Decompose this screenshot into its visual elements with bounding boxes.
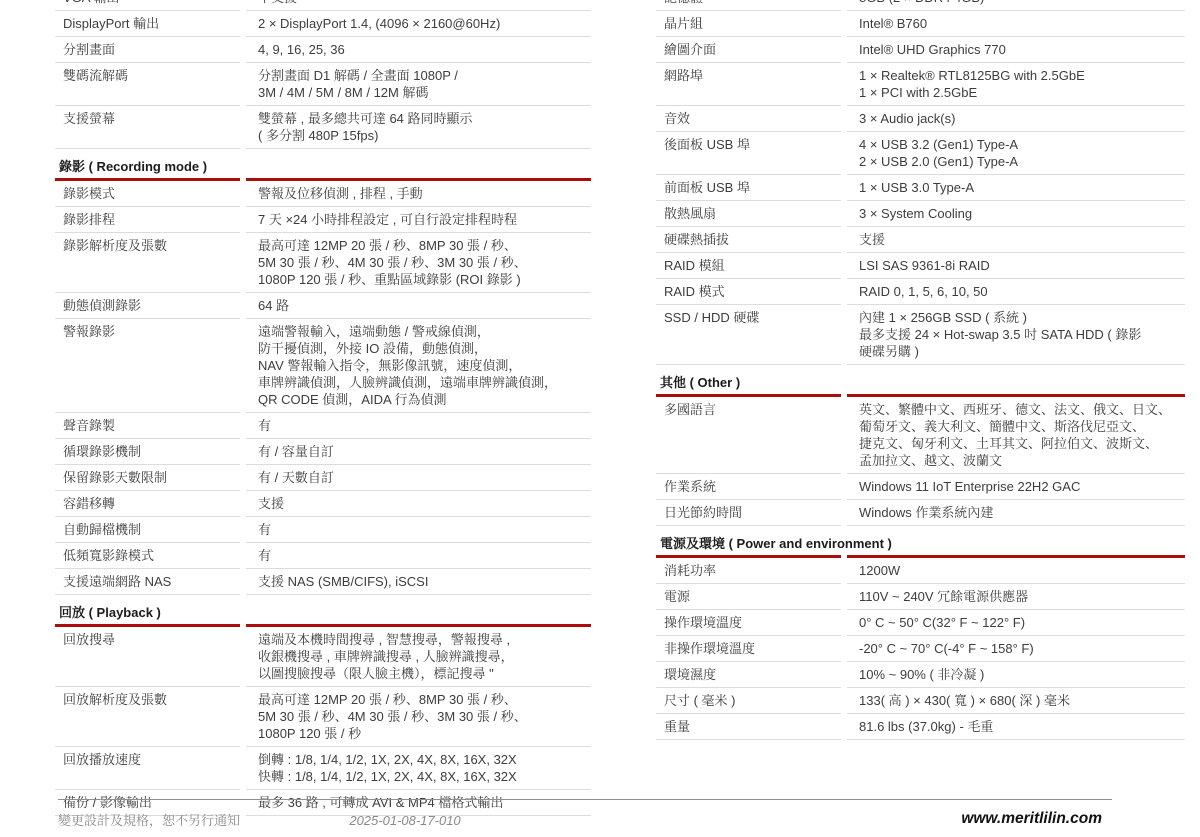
spec-value: 內建 1 × 256GB SSD ( 系統 ) 最多支援 24 × Hot-sw…	[847, 305, 1185, 365]
spec-row: SSD / HDD 硬碟內建 1 × 256GB SSD ( 系統 ) 最多支援…	[656, 305, 1185, 365]
spec-row: RAID 模組LSI SAS 9361-8i RAID	[656, 253, 1185, 279]
spec-value: 有 / 容量自訂	[246, 439, 591, 465]
spec-label: 動態偵測錄影	[55, 293, 240, 319]
spec-label: 後面板 USB 埠	[656, 132, 841, 175]
section-header-label: 其他 ( Other )	[656, 365, 841, 397]
spec-row: 循環錄影機制有 / 容量自訂	[55, 439, 591, 465]
spec-row: 聲音錄製有	[55, 413, 591, 439]
spec-value: 支援	[246, 491, 591, 517]
spec-row: 回放解析度及張數最高可達 12MP 20 張 / 秒、8MP 30 張 / 秒、…	[55, 687, 591, 747]
spec-value: 1 × Realtek® RTL8125BG with 2.5GbE 1 × P…	[847, 63, 1185, 106]
spec-row: 操作環境溫度0° C ~ 50° C(32° F ~ 122° F)	[656, 610, 1185, 636]
spec-value: 有	[246, 543, 591, 569]
spec-row: 重量81.6 lbs (37.0kg) - 毛重	[656, 714, 1185, 740]
spec-row: 容錯移轉支援	[55, 491, 591, 517]
spec-row: 後面板 USB 埠4 × USB 3.2 (Gen1) Type-A 2 × U…	[656, 132, 1185, 175]
spec-row: 作業系統Windows 11 IoT Enterprise 22H2 GAC	[656, 474, 1185, 500]
section-header-row: 電源及環境 ( Power and environment )	[656, 526, 1185, 558]
spec-row: 晶片組Intel® B760	[656, 11, 1185, 37]
section-header-fill	[246, 149, 591, 181]
spec-table-left: VGA 輸出不支援DisplayPort 輸出2 × DisplayPort 1…	[55, 0, 591, 816]
spec-value: Intel® UHD Graphics 770	[847, 37, 1185, 63]
spec-value: 最高可達 12MP 20 張 / 秒、8MP 30 張 / 秒、 5M 30 張…	[246, 687, 591, 747]
spec-value: 133( 高 ) × 430( 寬 ) × 680( 深 ) 毫米	[847, 688, 1185, 714]
spec-label: 錄影解析度及張數	[55, 233, 240, 293]
spec-label: 網路埠	[656, 63, 841, 106]
spec-value: 英文、繁體中文、西班牙、德文、法文、俄文、日文、 葡萄牙文、義大利文、簡體中文、…	[847, 397, 1185, 474]
spec-row: 低頻寬影錄模式有	[55, 543, 591, 569]
spec-label: 回放播放速度	[55, 747, 240, 790]
spec-value: 10% ~ 90% ( 非冷凝 )	[847, 662, 1185, 688]
spec-value: Windows 11 IoT Enterprise 22H2 GAC	[847, 474, 1185, 500]
spec-value: 7 天 ×24 小時排程設定 , 可自行設定排程時程	[246, 207, 591, 233]
spec-value: 支援	[847, 227, 1185, 253]
spec-label: 作業系統	[656, 474, 841, 500]
section-header-fill	[847, 365, 1185, 397]
spec-label: 警報錄影	[55, 319, 240, 413]
footer-divider	[58, 799, 1112, 800]
spec-row: 支援螢幕雙螢幕 , 最多總共可達 64 路同時顯示 ( 多分割 480P 15f…	[55, 106, 591, 149]
spec-label: 低頻寬影錄模式	[55, 543, 240, 569]
spec-label: 容錯移轉	[55, 491, 240, 517]
spec-label: 錄影模式	[55, 181, 240, 207]
spec-row: VGA 輸出不支援	[55, 0, 591, 11]
section-header-label: 回放 ( Playback )	[55, 595, 240, 627]
spec-value: RAID 0, 1, 5, 6, 10, 50	[847, 279, 1185, 305]
spec-label: 回放搜尋	[55, 627, 240, 687]
spec-value: 支援 NAS (SMB/CIFS), iSCSI	[246, 569, 591, 595]
spec-row: 環境濕度10% ~ 90% ( 非冷凝 )	[656, 662, 1185, 688]
spec-row: 回放搜尋遠端及本機時間搜尋 , 智慧搜尋，警報搜尋 , 收銀機搜尋 , 車牌辨識…	[55, 627, 591, 687]
spec-label: 記憶體	[656, 0, 841, 11]
spec-row: 錄影解析度及張數最高可達 12MP 20 張 / 秒、8MP 30 張 / 秒、…	[55, 233, 591, 293]
spec-value: 分割畫面 D1 解碼 / 全畫面 1080P / 3M / 4M / 5M / …	[246, 63, 591, 106]
spec-row: 前面板 USB 埠1 × USB 3.0 Type-A	[656, 175, 1185, 201]
spec-value: 不支援	[246, 0, 591, 11]
footer-doc-number: 2025-01-08-17-010	[335, 812, 475, 829]
footer-website: www.meritlilin.com	[961, 810, 1102, 827]
section-header-row: 回放 ( Playback )	[55, 595, 591, 627]
spec-value: 64 路	[246, 293, 591, 319]
footer-disclaimer: 變更設計及規格，恕不另行通知	[58, 812, 240, 829]
spec-label: RAID 模式	[656, 279, 841, 305]
spec-row: 記憶體8GB (2 × DDR4 4GB)	[656, 0, 1185, 11]
spec-value: 有 / 天數自訂	[246, 465, 591, 491]
spec-label: 晶片組	[656, 11, 841, 37]
spec-label: 繪圖介面	[656, 37, 841, 63]
spec-row: 日光節約時間Windows 作業系統內建	[656, 500, 1185, 526]
spec-row: 錄影模式警報及位移偵測 , 排程 , 手動	[55, 181, 591, 207]
spec-row: DisplayPort 輸出2 × DisplayPort 1.4, (4096…	[55, 11, 591, 37]
spec-label: 錄影排程	[55, 207, 240, 233]
spec-value: LSI SAS 9361-8i RAID	[847, 253, 1185, 279]
spec-value: Windows 作業系統內建	[847, 500, 1185, 526]
spec-label: 非操作環境溫度	[656, 636, 841, 662]
spec-label: 消耗功率	[656, 558, 841, 584]
spec-row: 尺寸 ( 毫米 )133( 高 ) × 430( 寬 ) × 680( 深 ) …	[656, 688, 1185, 714]
spec-value: 警報及位移偵測 , 排程 , 手動	[246, 181, 591, 207]
spec-value: 4 × USB 3.2 (Gen1) Type-A 2 × USB 2.0 (G…	[847, 132, 1185, 175]
section-header-fill	[246, 595, 591, 627]
spec-label: 支援螢幕	[55, 106, 240, 149]
spec-row: 消耗功率1200W	[656, 558, 1185, 584]
spec-value: 遠端及本機時間搜尋 , 智慧搜尋，警報搜尋 , 收銀機搜尋 , 車牌辨識搜尋 ,…	[246, 627, 591, 687]
spec-row: 錄影排程7 天 ×24 小時排程設定 , 可自行設定排程時程	[55, 207, 591, 233]
spec-label: SSD / HDD 硬碟	[656, 305, 841, 365]
section-header-label: 錄影 ( Recording mode )	[55, 149, 240, 181]
spec-value: 4, 9, 16, 25, 36	[246, 37, 591, 63]
section-header-row: 錄影 ( Recording mode )	[55, 149, 591, 181]
spec-row: 非操作環境溫度-20° C ~ 70° C(-4° F ~ 158° F)	[656, 636, 1185, 662]
spec-value: 1 × USB 3.0 Type-A	[847, 175, 1185, 201]
spec-row: 雙碼流解碼分割畫面 D1 解碼 / 全畫面 1080P / 3M / 4M / …	[55, 63, 591, 106]
spec-value: 0° C ~ 50° C(32° F ~ 122° F)	[847, 610, 1185, 636]
spec-label: 自動歸檔機制	[55, 517, 240, 543]
spec-label: 環境濕度	[656, 662, 841, 688]
spec-value: 遠端警報輸入，遠端動態 / 警戒線偵測， 防干擾偵測，外接 IO 設備，動態偵測…	[246, 319, 591, 413]
spec-row: RAID 模式RAID 0, 1, 5, 6, 10, 50	[656, 279, 1185, 305]
spec-value: -20° C ~ 70° C(-4° F ~ 158° F)	[847, 636, 1185, 662]
spec-row: 硬碟熱插拔支援	[656, 227, 1185, 253]
spec-label: 重量	[656, 714, 841, 740]
spec-label: VGA 輸出	[55, 0, 240, 11]
spec-label: 聲音錄製	[55, 413, 240, 439]
spec-row: 散熱風扇3 × System Cooling	[656, 201, 1185, 227]
spec-value: 3 × Audio jack(s)	[847, 106, 1185, 132]
spec-value: 有	[246, 413, 591, 439]
spec-label: 分割畫面	[55, 37, 240, 63]
spec-row: 網路埠1 × Realtek® RTL8125BG with 2.5GbE 1 …	[656, 63, 1185, 106]
spec-value: 81.6 lbs (37.0kg) - 毛重	[847, 714, 1185, 740]
spec-label: 前面板 USB 埠	[656, 175, 841, 201]
spec-label: 散熱風扇	[656, 201, 841, 227]
spec-row: 保留錄影天數限制有 / 天數自訂	[55, 465, 591, 491]
spec-row: 分割畫面4, 9, 16, 25, 36	[55, 37, 591, 63]
spec-row: 回放播放速度倒轉 : 1/8, 1/4, 1/2, 1X, 2X, 4X, 8X…	[55, 747, 591, 790]
spec-label: 操作環境溫度	[656, 610, 841, 636]
spec-value: 倒轉 : 1/8, 1/4, 1/2, 1X, 2X, 4X, 8X, 16X,…	[246, 747, 591, 790]
spec-sheet-page: VGA 輸出不支援DisplayPort 輸出2 × DisplayPort 1…	[0, 0, 1200, 837]
spec-row: 多國語言英文、繁體中文、西班牙、德文、法文、俄文、日文、 葡萄牙文、義大利文、簡…	[656, 397, 1185, 474]
section-header-label: 電源及環境 ( Power and environment )	[656, 526, 841, 558]
spec-table-right: 記憶體8GB (2 × DDR4 4GB)晶片組Intel® B760繪圖介面I…	[656, 0, 1185, 740]
spec-row: 警報錄影遠端警報輸入，遠端動態 / 警戒線偵測， 防干擾偵測，外接 IO 設備，…	[55, 319, 591, 413]
spec-label: 電源	[656, 584, 841, 610]
spec-label: 循環錄影機制	[55, 439, 240, 465]
spec-label: DisplayPort 輸出	[55, 11, 240, 37]
spec-value: 3 × System Cooling	[847, 201, 1185, 227]
spec-row: 音效3 × Audio jack(s)	[656, 106, 1185, 132]
spec-label: 回放解析度及張數	[55, 687, 240, 747]
spec-value: 2 × DisplayPort 1.4, (4096 × 2160@60Hz)	[246, 11, 591, 37]
spec-value: 110V ~ 240V 冗餘電源供應器	[847, 584, 1185, 610]
spec-label: 保留錄影天數限制	[55, 465, 240, 491]
section-header-fill	[847, 526, 1185, 558]
spec-value: 最高可達 12MP 20 張 / 秒、8MP 30 張 / 秒、 5M 30 張…	[246, 233, 591, 293]
spec-row: 支援遠端網路 NAS支援 NAS (SMB/CIFS), iSCSI	[55, 569, 591, 595]
spec-label: 日光節約時間	[656, 500, 841, 526]
spec-label: 多國語言	[656, 397, 841, 474]
section-header-row: 其他 ( Other )	[656, 365, 1185, 397]
spec-value: 有	[246, 517, 591, 543]
spec-row: 動態偵測錄影64 路	[55, 293, 591, 319]
spec-value: 1200W	[847, 558, 1185, 584]
spec-row: 自動歸檔機制有	[55, 517, 591, 543]
spec-value: 雙螢幕 , 最多總共可達 64 路同時顯示 ( 多分割 480P 15fps)	[246, 106, 591, 149]
spec-label: 硬碟熱插拔	[656, 227, 841, 253]
spec-label: 雙碼流解碼	[55, 63, 240, 106]
spec-value: 8GB (2 × DDR4 4GB)	[847, 0, 1185, 11]
spec-row: 繪圖介面Intel® UHD Graphics 770	[656, 37, 1185, 63]
spec-row: 電源110V ~ 240V 冗餘電源供應器	[656, 584, 1185, 610]
spec-label: 支援遠端網路 NAS	[55, 569, 240, 595]
spec-label: RAID 模組	[656, 253, 841, 279]
spec-value: Intel® B760	[847, 11, 1185, 37]
spec-label: 音效	[656, 106, 841, 132]
spec-label: 尺寸 ( 毫米 )	[656, 688, 841, 714]
